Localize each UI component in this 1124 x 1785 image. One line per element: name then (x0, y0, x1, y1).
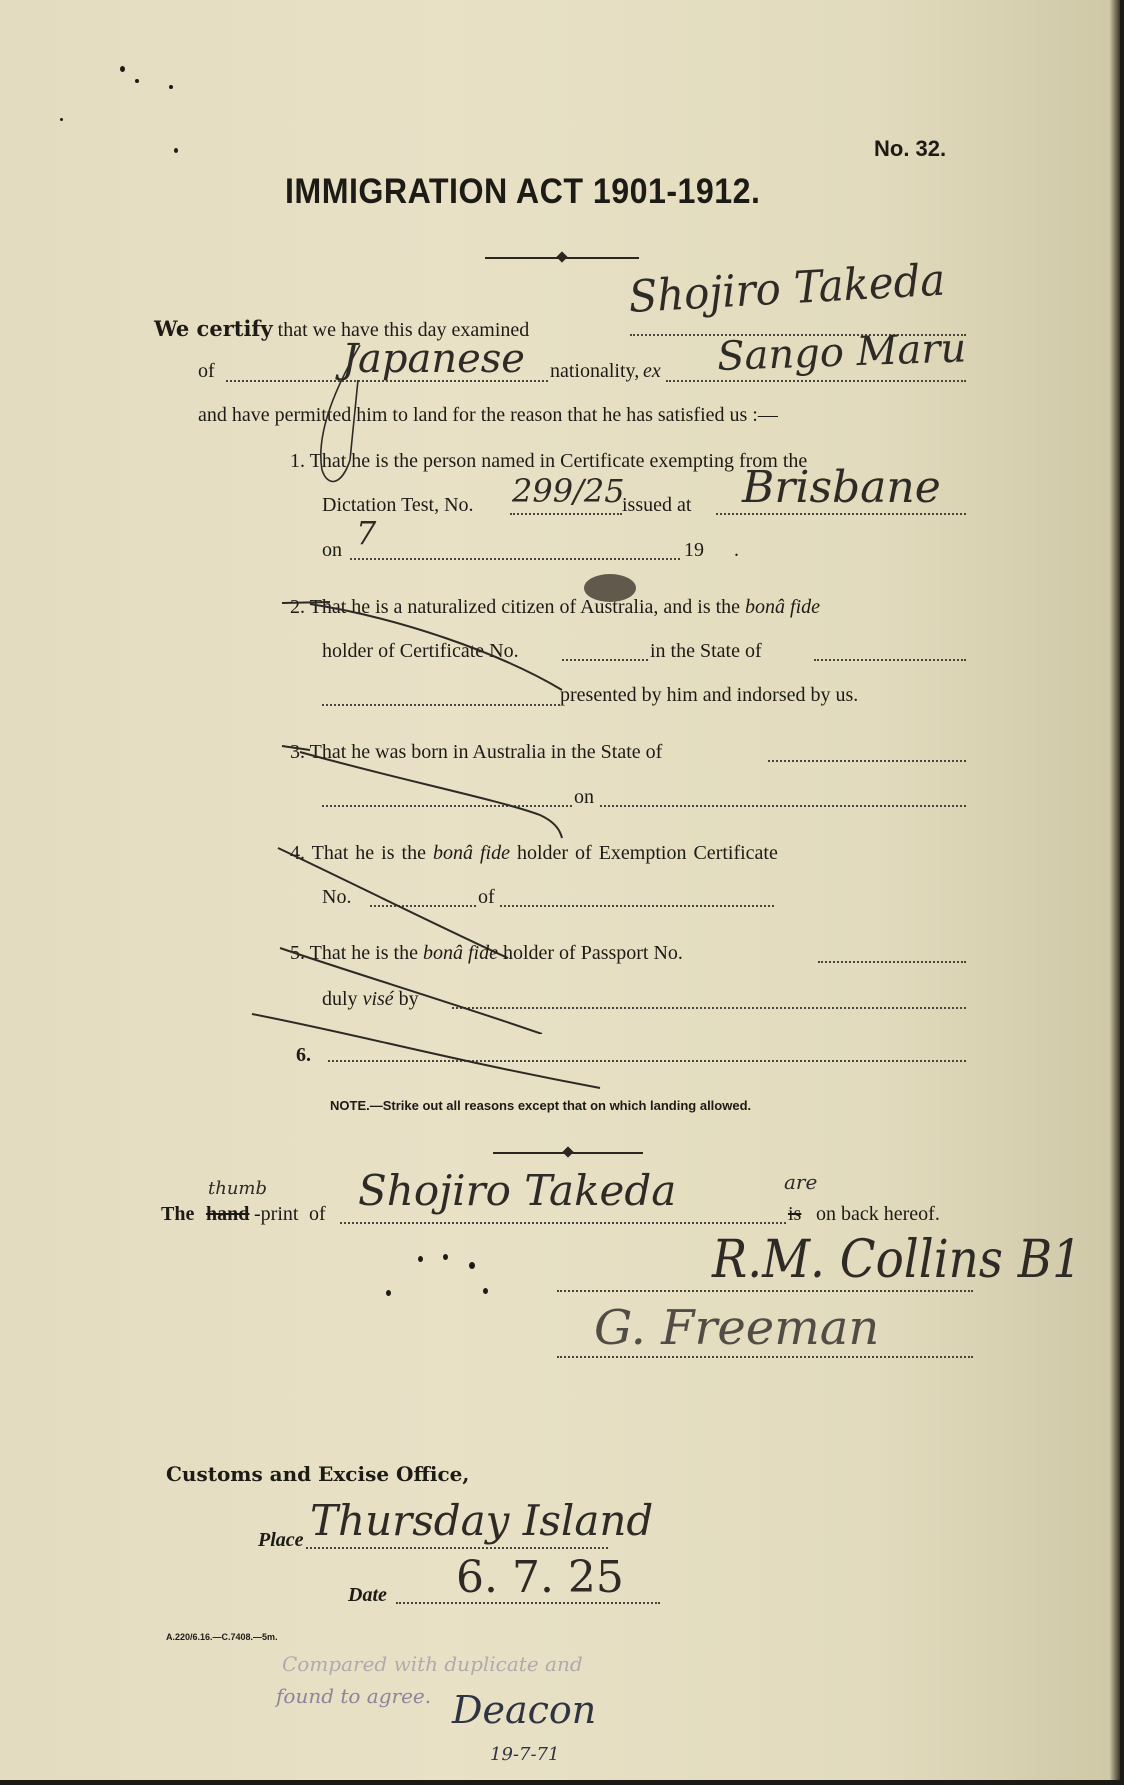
verification-stamp-line-1: Compared with duplicate and (282, 1652, 583, 1676)
ink-speck (120, 66, 125, 72)
officer-signature-1: R.M. Collins B1 (712, 1230, 1082, 1290)
year-label: 19 (684, 539, 704, 562)
officer-signature-2: G. Freeman (594, 1300, 879, 1356)
on-date-value: 7 (356, 514, 376, 552)
signature-line-1 (557, 1290, 973, 1292)
place-value: Thursday Island (310, 1496, 653, 1545)
of-label: of (198, 360, 215, 383)
place-label: Place (258, 1529, 304, 1552)
inserted-word-are: are (784, 1170, 817, 1194)
ornament-divider (485, 257, 639, 259)
examined-name-value: Shojiro Takeda (627, 255, 946, 323)
state-field-line (814, 659, 966, 661)
reason-2-line-3: presented by him and indorsed by us. (560, 684, 858, 707)
certificate-number-field-line (510, 513, 622, 515)
punch-hole (386, 1290, 391, 1296)
ship-field-line (666, 380, 966, 382)
immigration-certificate-page: No. 32. IMMIGRATION ACT 1901-1912. We ce… (0, 0, 1120, 1780)
issued-at-label: issued at (622, 494, 691, 517)
punch-hole (443, 1254, 448, 1260)
exemption-of-field-line (500, 905, 774, 907)
ex-label: ex (643, 360, 661, 383)
passport-no-field-line (818, 961, 966, 963)
verification-stamp-line-2: found to agree. (276, 1684, 431, 1708)
year-period: . (734, 539, 739, 562)
certificate-number-value: 299/25 (512, 472, 625, 510)
strike-through-reason-6 (250, 1010, 610, 1090)
print-name-field-line (340, 1222, 786, 1224)
signature-line-2 (557, 1356, 973, 1358)
birth-state-field-line (768, 760, 966, 762)
ornament-divider-2 (493, 1152, 643, 1154)
punch-hole (483, 1288, 488, 1294)
printer-code: A.220/6.16.—C.7408.—5m. (166, 1632, 278, 1642)
print-line-of: of (309, 1203, 326, 1226)
ink-speck (135, 79, 139, 83)
issued-at-value: Brisbane (742, 462, 941, 513)
verification-date: 19-7-71 (490, 1744, 559, 1765)
struck-word-hand: hand (206, 1203, 249, 1226)
punch-hole (418, 1256, 423, 1262)
strike-through-reason-2 (280, 598, 580, 693)
date-value: 6. 7. 25 (456, 1552, 624, 1603)
print-name-value: Shojiro Takeda (358, 1166, 676, 1215)
struck-word-is: is (788, 1203, 801, 1226)
ink-speck (60, 118, 63, 121)
ship-value: Sango Maru (716, 325, 967, 380)
strike-through-reason-3 (280, 740, 580, 840)
instruction-note: NOTE.—Strike out all reasons except that… (330, 1098, 751, 1113)
on-date-field-line (350, 558, 680, 560)
place-field-line (306, 1547, 608, 1549)
print-line-the: The (161, 1203, 194, 1226)
document-title: IMMIGRATION ACT 1901-1912. (285, 172, 760, 212)
ink-speck (174, 148, 178, 153)
date-label: Date (348, 1584, 387, 1607)
verification-initials: Deacon (452, 1688, 596, 1732)
reason-2-line-2-b: in the State of (650, 640, 762, 663)
we-certify-label: We certify (154, 316, 273, 341)
handwritten-loop-mark (300, 340, 390, 490)
nationality-label: nationality, (550, 360, 639, 383)
punch-hole (469, 1262, 475, 1269)
issued-at-field-line (716, 513, 966, 515)
print-line-suffix: on back hereof. (816, 1203, 940, 1226)
inserted-word-thumb: thumb (208, 1178, 267, 1199)
reason-1-line-2-prefix: Dictation Test, No. (322, 494, 474, 517)
print-label: -print (254, 1203, 298, 1226)
form-number: No. 32. (874, 136, 946, 162)
on-label: on (322, 539, 342, 562)
office-heading: Customs and Excise Office, (166, 1462, 469, 1486)
permission-line: and have permitted him to land for the r… (198, 404, 778, 427)
state-field-line-2 (322, 704, 560, 706)
birth-date-field-line (600, 805, 966, 807)
ink-speck (169, 85, 173, 89)
